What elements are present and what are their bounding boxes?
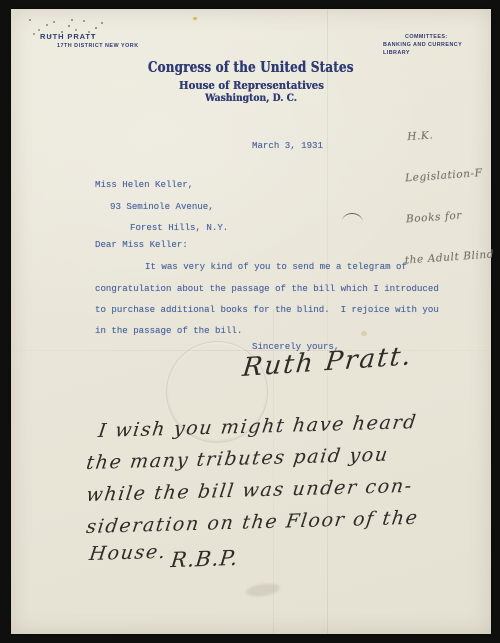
pencil-check-mark — [342, 212, 363, 222]
letterhead-committees-title: COMMITTEES: — [405, 33, 448, 41]
paper-stain — [361, 331, 367, 336]
letter-paper: RUTH PRATT 17TH DISTRICT NEW YORK COMMIT… — [11, 9, 491, 634]
braille-dots — [29, 19, 31, 21]
body-line: It was very kind of you to send me a tel… — [145, 261, 407, 272]
pencil-annotation: H.K. Legislation-F Books for the Adult B… — [394, 99, 496, 295]
body-line: to purchase additional books for the bli… — [95, 304, 439, 315]
pencil-smudge — [245, 582, 280, 599]
letterhead-committee-library: LIBRARY — [383, 49, 410, 57]
body-line: congratulation about the passage of the … — [95, 283, 439, 294]
letterhead-congress-line: Congress of the United States — [11, 58, 491, 76]
postscript-line: House. — [88, 541, 168, 565]
letterhead-member-district: 17TH DISTRICT NEW YORK — [57, 43, 139, 49]
letterhead-house-line: House of Representatives — [11, 78, 491, 92]
paper-speck — [193, 17, 197, 20]
recipient-city-line: Forest Hills, N.Y. — [130, 222, 228, 233]
pencil-annotation-line: Books for — [402, 207, 492, 227]
pencil-annotation-line: the Adult Blind — [404, 248, 494, 268]
postscript-line: the many tributes paid you — [85, 444, 390, 474]
letterhead-member-name: RUTH PRATT — [40, 32, 96, 41]
letter-date: March 3, 1931 — [252, 140, 323, 151]
recipient-street-line: 93 Seminole Avenue, — [110, 201, 214, 212]
postscript-line: while the bill was under con- — [85, 475, 414, 506]
letterhead-committee-banking: BANKING AND CURRENCY — [383, 41, 462, 49]
postscript-line: sideration on the Floor of the — [85, 507, 420, 538]
body-line: in the passage of the bill. — [95, 325, 242, 336]
pencil-annotation-line: Legislation-F — [399, 167, 489, 187]
postscript-line: I wish you might have heard — [97, 411, 419, 442]
pencil-annotation-line: H.K. — [396, 126, 486, 146]
fold-crease-horizontal — [11, 350, 491, 351]
salutation: Dear Miss Keller: — [95, 239, 188, 250]
postscript-initials: R.B.P. — [170, 546, 240, 572]
recipient-name-line: Miss Helen Keller, — [95, 179, 193, 190]
